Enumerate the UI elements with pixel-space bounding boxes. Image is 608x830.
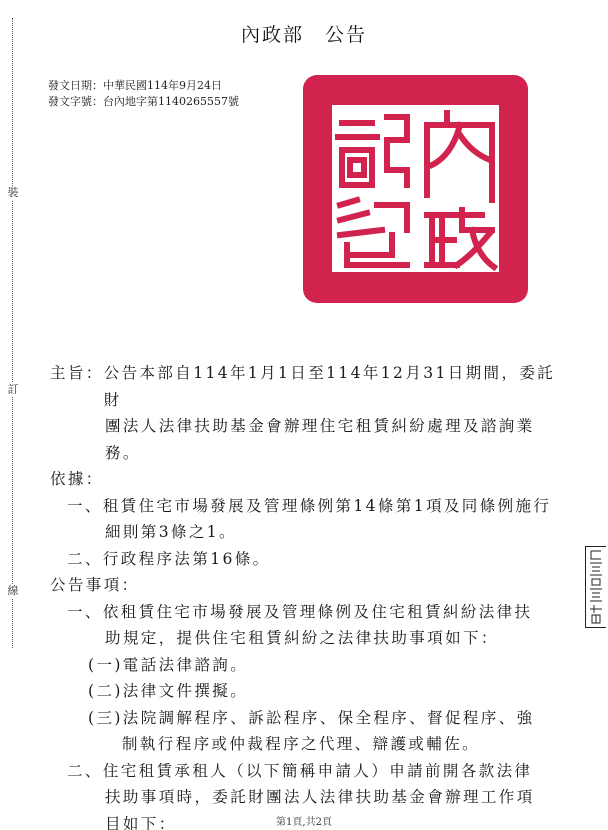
subitem-3-text-2: 制執行程序或仲裁程序之代理、辯護或輔佐。 (50, 731, 570, 758)
subitem-3-num: (三) (88, 705, 123, 732)
subitem-1-num: (一) (88, 652, 123, 679)
announcement-item-2-line-2: 扶助事項時，委託財團法人法律扶助基金會辦理工作項 (50, 784, 570, 811)
announcement-item-2: 二、 住宅租賃承租人（以下簡稱申請人）申請前開各款法律 (50, 758, 570, 785)
basis-item-1-num: 一、 (67, 493, 103, 520)
subject-label: 主旨： (50, 360, 104, 413)
basis-label: 依據： (50, 466, 570, 493)
document-meta: 發文日期：中華民國114年9月24日 發文字號：台內地字第1140265557號 (48, 78, 239, 110)
binding-mark-zhuang: 裝 (6, 186, 20, 200)
issue-number-label: 發文字號： (48, 95, 103, 108)
basis-item-2-line-1: 行政程序法第16條。 (103, 546, 271, 573)
subject-section: 主旨： 公告本部自114年1月1日至114年12月31日期間，委託財 (50, 360, 570, 413)
issue-number: 發文字號：台內地字第1140265557號 (48, 94, 239, 110)
page-seal-stamp-icon (585, 546, 606, 628)
basis-item-1-line-2: 細則第3條之1。 (50, 519, 570, 546)
subitem-2-text: 法律文件撰擬。 (123, 678, 248, 705)
basis-item-1-line-1: 租賃住宅市場發展及管理條例第14條第1項及同條例施行 (103, 493, 552, 520)
announcement-subitem-1: (一) 電話法律諮詢。 (50, 652, 570, 679)
basis-item-1: 一、 租賃住宅市場發展及管理條例第14條第1項及同條例施行 (50, 493, 570, 520)
subject-line-1: 公告本部自114年1月1日至114年12月31日期間，委託財 (104, 360, 570, 413)
issue-date-label: 發文日期： (48, 79, 103, 92)
announcement-item-1-num: 一、 (67, 599, 103, 626)
announcement-item-1-line-1: 依租賃住宅市場發展及管理條例及住宅租賃糾紛法律扶 (103, 599, 533, 626)
binding-mark-ding: 訂 (6, 383, 20, 397)
binding-mark-xian: 線 (6, 584, 20, 598)
subitem-1-text: 電話法律諮詢。 (123, 652, 248, 679)
basis-item-2-num: 二、 (67, 546, 103, 573)
subitem-2-num: (二) (88, 678, 123, 705)
document-body: 主旨： 公告本部自114年1月1日至114年12月31日期間，委託財 團法人法律… (50, 360, 570, 830)
official-seal-icon (303, 75, 528, 303)
announcement-item-2-num: 二、 (67, 758, 103, 785)
announcement-subitem-3: (三) 法院調解程序、訴訟程序、保全程序、督促程序、強 (50, 705, 570, 732)
binding-line (12, 18, 13, 648)
issue-date: 發文日期：中華民國114年9月24日 (48, 78, 239, 94)
announcement-item-2-line-1: 住宅租賃承租人（以下簡稱申請人）申請前開各款法律 (103, 758, 533, 785)
announcement-item-1-line-2: 助規定，提供住宅租賃糾紛之法律扶助事項如下： (50, 625, 570, 652)
issue-number-value: 台內地字第1140265557號 (103, 95, 239, 108)
document-title: 內政部 公告 (0, 20, 608, 47)
subitem-3-text: 法院調解程序、訴訟程序、保全程序、督促程序、強 (123, 705, 535, 732)
announcement-subitem-2: (二) 法律文件撰擬。 (50, 678, 570, 705)
announcement-item-1: 一、 依租賃住宅市場發展及管理條例及住宅租賃糾紛法律扶 (50, 599, 570, 626)
subject-line-3: 務。 (50, 440, 570, 467)
page-number: 第1頁,共2頁 (0, 813, 608, 828)
announcement-label: 公告事項： (50, 572, 570, 599)
subject-line-2: 團法人法律扶助基金會辦理住宅租賃糾紛處理及諮詢業 (50, 413, 570, 440)
basis-item-2: 二、 行政程序法第16條。 (50, 546, 570, 573)
issue-date-value: 中華民國114年9月24日 (103, 79, 222, 92)
